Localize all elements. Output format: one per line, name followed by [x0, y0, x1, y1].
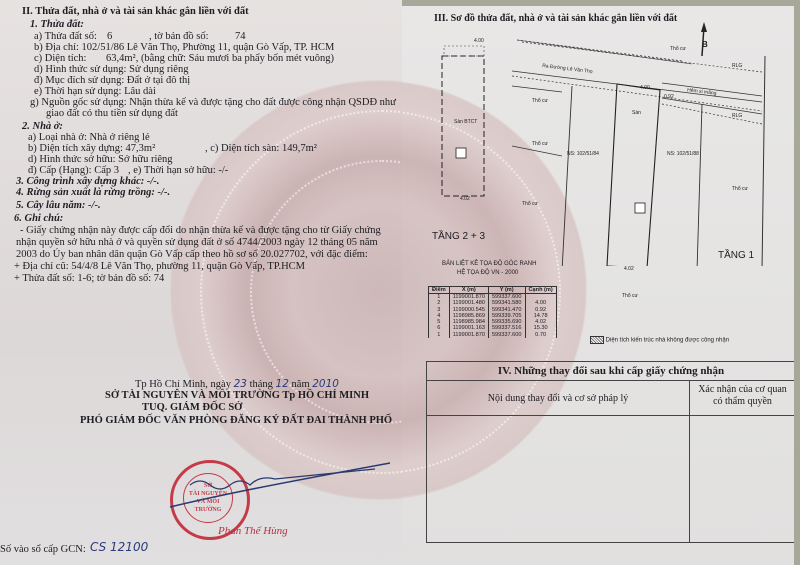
label-residential: Thổ cư [532, 98, 548, 104]
dim-label: 4.02 [460, 196, 470, 202]
coord-row: 11199001.870599337.600 [429, 294, 557, 301]
coord-table-subtitle: HỆ TỌA ĐỘ VN - 2000 [457, 270, 518, 276]
label-residential: Thổ cư [522, 201, 538, 207]
changes-table: IV. Những thay đổi sau khi cấp giấy chứn… [426, 361, 794, 543]
floor-label-ground: TẦNG 1 [718, 250, 754, 261]
section-title: II. Thửa đất, nhà ở và tài sản khác gắn … [22, 5, 249, 18]
col-edge: Cạnh (m) [525, 287, 556, 294]
signer-name: Phan Thế Hùng [218, 525, 288, 537]
changes-col-content: Nội dung thay đổi và cơ sở pháp lý [427, 381, 690, 415]
col-x: X (m) [449, 287, 488, 294]
origin-line-2: giao đất có thu tiền sử dụng đất [46, 107, 178, 120]
col-y: Y (m) [488, 287, 525, 294]
col-point: Điểm [429, 287, 450, 294]
floor-label-upper: TẦNG 2 + 3 [432, 231, 485, 242]
perennial-trees: 5. Cây lâu năm: -/-. [16, 199, 101, 212]
dim-label: 4.00 [640, 85, 650, 91]
changes-content-cell [427, 416, 690, 543]
label-floor: Sàn [632, 110, 641, 116]
forest: 4. Rừng sản xuất là rừng trồng: -/-. [16, 186, 170, 199]
coordinate-table: Điểm X (m) Y (m) Cạnh (m) 11199001.87059… [428, 286, 557, 338]
coord-table-title: BẢN LIỆT KÊ TỌA ĐỘ GÓC RANH [442, 261, 536, 267]
legend: Diện tích kiến trúc nhà không được công … [590, 336, 729, 344]
signer-position: PHÓ GIÁM ĐỐC VĂN PHÒNG ĐĂNG KÝ ĐẤT ĐAI T… [80, 414, 392, 427]
right-page: III. Sơ đồ thửa đất, nhà ở và tài sản kh… [402, 6, 794, 565]
label-neighbor-84: NS: 102/51/84 [567, 151, 599, 157]
label-boundary: RLG [732, 113, 742, 119]
floor-area: , c) Diện tích sàn: 149,7m² [205, 142, 317, 155]
changes-confirmation-cell [690, 416, 794, 543]
left-page: II. Thửa đất, nhà ở và tài sản khác gắn … [0, 0, 402, 565]
label-residential: Thổ cư [532, 141, 548, 147]
dim-label: 4.02 [624, 266, 634, 272]
register-label: Số vào sổ cấp GCN: [0, 543, 86, 556]
coord-row: 11199001.870599337.6000.70 [429, 332, 557, 338]
label-residential: Thổ cư [622, 293, 638, 299]
dim-label: 0.92 [664, 94, 674, 100]
label-boundary: RLG [732, 63, 742, 69]
label-neighbor-88: NS: 102/51/88 [667, 151, 699, 157]
north-indicator: B [702, 40, 708, 49]
on-behalf-of: TUQ. GIÁM ĐỐC SỞ [142, 401, 242, 414]
changes-title: IV. Những thay đổi sau khi cấp giấy chứn… [427, 362, 794, 381]
register-number: CS 12100 [90, 541, 148, 554]
label-residential: Thổ cư [732, 186, 748, 192]
label-residential: Thổ cư [670, 46, 686, 52]
signature-scribble [160, 455, 400, 525]
changes-col-confirmation: Xác nhận của cơ quan có thẩm quyền [690, 381, 794, 415]
label-floor-slab: Sàn BTCT [454, 119, 477, 125]
dim-label: 4.00 [474, 38, 484, 44]
land-plot-diagram [402, 6, 794, 266]
hatch-icon [590, 336, 604, 344]
notes-line: + Thửa đất số: 1-6; tờ bản đồ số: 74 [14, 272, 164, 285]
